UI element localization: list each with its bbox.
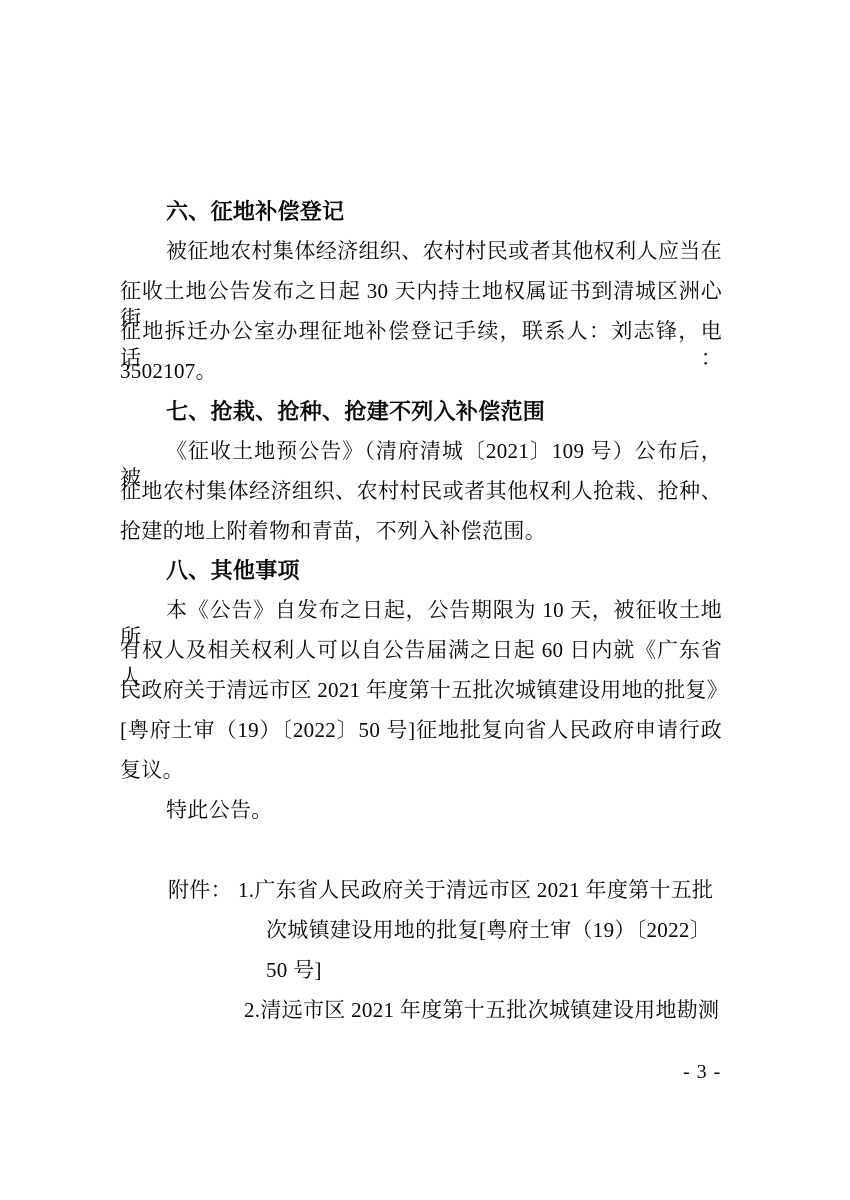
page-number: - 3 - [683, 1060, 721, 1084]
closing-line: 特此公告。 [120, 797, 722, 824]
attachment-line: 50 号] [266, 957, 322, 984]
body-line: 复议。 [120, 757, 722, 784]
body-line: 民政府关于清远市区 2021 年度第十五批次城镇建设用地的批复》 [120, 677, 722, 704]
attachment-line: 1.广东省人民政府关于清远市区 2021 年度第十五批 [238, 877, 713, 904]
document-page: 六、征地补偿登记 被征地农村集体经济组织、农村村民或者其他权利人应当在 征收土地… [0, 0, 850, 1200]
body-line: 征地农村集体经济组织、农村村民或者其他权利人抢栽、抢种、 [120, 478, 722, 505]
attachment-line: 2.清远市区 2021 年度第十五批次城镇建设用地勘测 [244, 997, 719, 1024]
body-line: 3502107。 [120, 358, 722, 385]
attachment-line: 次城镇建设用地的批复[粤府土审（19）〔2022〕 [266, 917, 711, 944]
section-heading: 六、征地补偿登记 [120, 198, 722, 225]
body-line: 抢建的地上附着物和青苗，不列入补偿范围。 [120, 518, 722, 545]
attachments-label: 附件： [168, 877, 232, 904]
body-line: 被征地农村集体经济组织、农村村民或者其他权利人应当在 [120, 238, 722, 265]
section-heading: 八、其他事项 [120, 557, 722, 584]
section-heading: 七、抢栽、抢种、抢建不列入补偿范围 [120, 398, 722, 425]
body-line: [粤府土审（19）〔2022〕50 号]征地批复向省人民政府申请行政 [120, 717, 722, 744]
